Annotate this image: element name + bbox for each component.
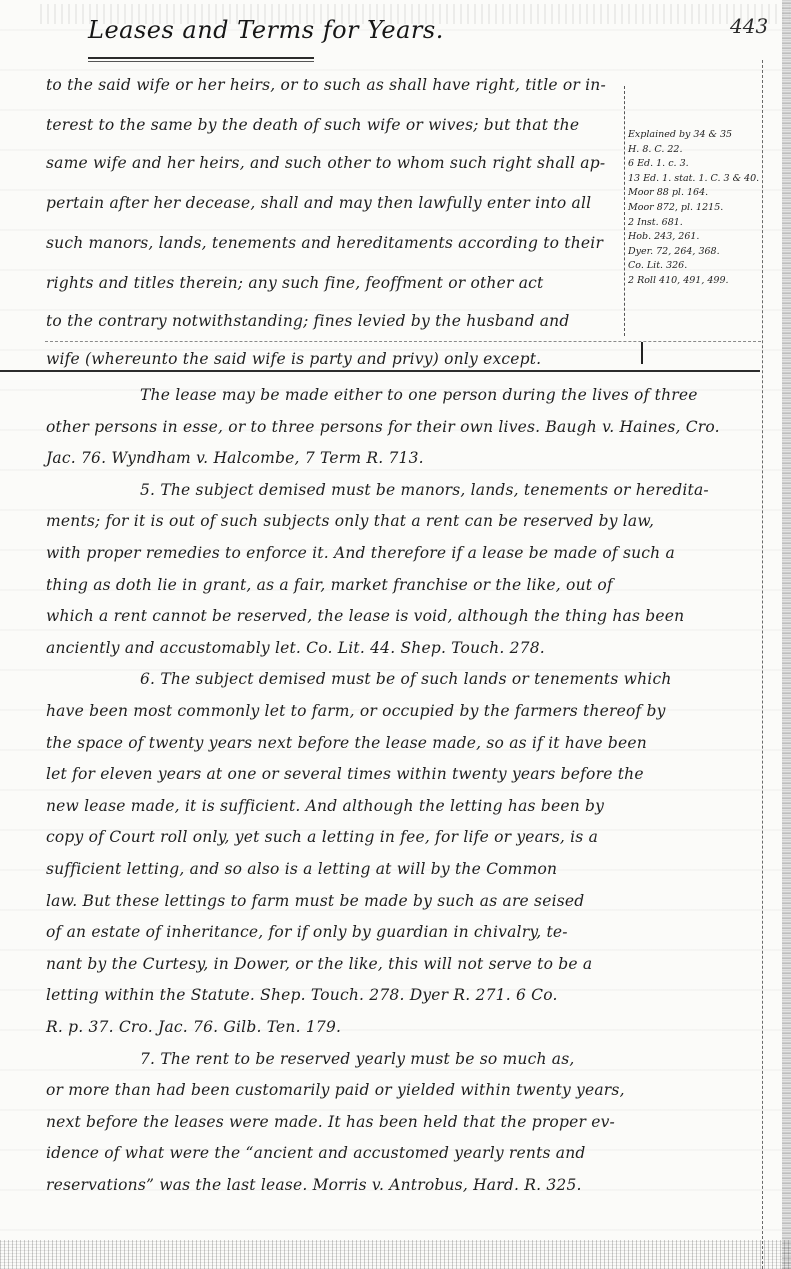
text-line: such manors, lands, tenements and heredi… (46, 234, 603, 252)
text-line: the space of twenty years next before th… (46, 734, 647, 752)
manuscript-page: Leases and Terms for Years. 443 Explaine… (0, 0, 791, 1269)
text-line: 7. The rent to be reserved yearly must b… (140, 1050, 575, 1068)
text-line: Jac. 76. Wyndham v. Halcombe, 7 Term R. … (46, 449, 424, 467)
citation-line: H. 8. C. 22. (628, 143, 758, 158)
scan-noise-bottom (0, 1240, 791, 1269)
citation-line: Moor 88 pl. 164. (628, 186, 758, 201)
text-line: The lease may be made either to one pers… (140, 386, 698, 404)
citation-line: Explained by 34 & 35 (628, 128, 758, 143)
citation-line: 13 Ed. 1. stat. 1. C. 3 & 40. (628, 172, 758, 187)
section-divider (0, 370, 760, 372)
title-underline (88, 57, 314, 59)
text-line: have been most commonly let to farm, or … (46, 702, 666, 720)
citation-line: Moor 872, pl. 1215. (628, 201, 758, 216)
text-line: other persons in esse, or to three perso… (46, 418, 720, 436)
title-underline-secondary (88, 61, 314, 62)
citation-line: 2 Roll 410, 491, 499. (628, 274, 758, 289)
text-line: idence of what were the “ancient and acc… (46, 1144, 586, 1162)
text-line: which a rent cannot be reserved, the lea… (46, 607, 684, 625)
text-line: terest to the same by the death of such … (46, 116, 579, 134)
text-line: wife (whereunto the said wife is party a… (46, 350, 541, 368)
citation-line: Co. Lit. 326. (628, 259, 758, 274)
page-binding-edge (782, 0, 791, 1269)
text-line: same wife and her heirs, and such other … (46, 154, 605, 172)
marginal-citations: Explained by 34 & 35H. 8. C. 22.6 Ed. 1.… (628, 128, 758, 289)
text-line: of an estate of inheritance, for if only… (46, 923, 568, 941)
text-line: 6. The subject demised must be of such l… (140, 670, 672, 688)
text-line: let for eleven years at one or several t… (46, 765, 644, 783)
citation-line: 6 Ed. 1. c. 3. (628, 157, 758, 172)
text-line: 5. The subject demised must be manors, l… (140, 481, 709, 499)
text-line: to the contrary notwithstanding; fines l… (46, 312, 569, 330)
text-line: sufficient letting, and so also is a let… (46, 860, 557, 878)
text-line: or more than had been customarily paid o… (46, 1081, 625, 1099)
citation-line: Hob. 243, 261. (628, 230, 758, 245)
text-line: next before the leases were made. It has… (46, 1113, 615, 1131)
text-line: rights and titles therein; any such fine… (46, 274, 543, 292)
text-line: anciently and accustomably let. Co. Lit.… (46, 639, 545, 657)
text-line: law. But these lettings to farm must be … (46, 892, 584, 910)
citation-line: 2 Inst. 681. (628, 216, 758, 231)
text-line: copy of Court roll only, yet such a lett… (46, 828, 598, 846)
text-line: R. p. 37. Cro. Jac. 76. Gilb. Ten. 179. (46, 1018, 341, 1036)
citation-line: Dyer. 72, 264, 368. (628, 245, 758, 260)
marginal-mark (641, 342, 643, 364)
text-line: nant by the Curtesy, in Dower, or the li… (46, 955, 592, 973)
marginal-column-rule (624, 86, 625, 336)
text-line: letting within the Statute. Shep. Touch.… (46, 986, 558, 1004)
text-line: pertain after her decease, shall and may… (46, 194, 591, 212)
text-line: ments; for it is out of such subjects on… (46, 512, 654, 530)
text-line: reservations” was the last lease. Morris… (46, 1176, 582, 1194)
text-line: thing as doth lie in grant, as a fair, m… (46, 576, 613, 594)
text-line: with proper remedies to enforce it. And … (46, 544, 675, 562)
page-number: 443 (730, 14, 768, 38)
page-title: Leases and Terms for Years. (88, 16, 508, 44)
text-line: to the said wife or her heirs, or to suc… (46, 76, 606, 94)
text-line: new lease made, it is sufficient. And al… (46, 797, 604, 815)
right-margin-rule (762, 60, 763, 1269)
section-divider-thin (45, 341, 761, 342)
